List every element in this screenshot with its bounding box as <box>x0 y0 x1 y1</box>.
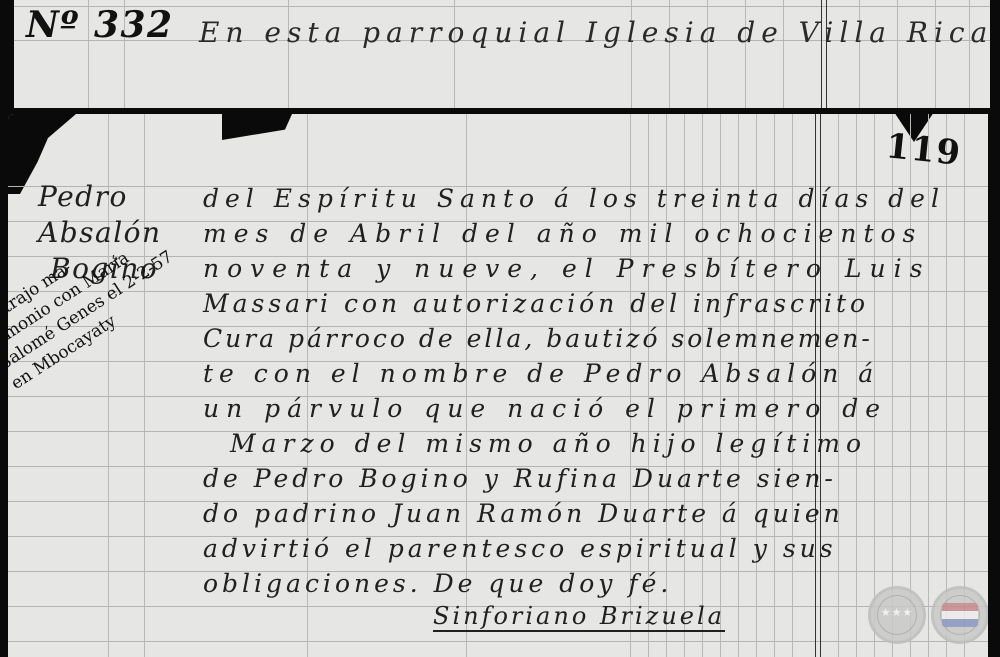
body-line: do padrino Juan Ramón Duarte á quien <box>203 499 844 528</box>
margin-line <box>144 114 145 657</box>
body-line: te con el nombre de Pedro Absalón á <box>203 359 879 388</box>
body-line: del Espíritu Santo á los treinta días de… <box>203 184 945 213</box>
top-page-fragment: Nº 332 En esta parroquial Iglesia de Vil… <box>14 0 990 108</box>
body-line: de Pedro Bogino y Rufina Duarte sien- <box>203 464 837 493</box>
body-line: Marzo del mismo año hijo legítimo <box>230 429 867 458</box>
torn-edge <box>222 114 292 140</box>
priest-signature: Sinforiano Brizuela <box>433 602 725 630</box>
paraguay-seal-stamp <box>931 586 988 644</box>
column-line <box>946 114 947 657</box>
register-page: 119 Pedro Absalón Bogino Contrajo ma- tr… <box>8 114 988 657</box>
body-line: un párvulo que nació el primero de <box>203 394 887 423</box>
body-line: mes de Abril del año mil ochocientos <box>203 219 922 248</box>
column-line <box>964 114 965 657</box>
opening-line: En esta parroquial Iglesia de Villa Rica <box>199 16 990 49</box>
ruled-line <box>8 641 988 642</box>
page-number: 119 <box>884 126 963 174</box>
entry-number: Nº 332 <box>26 4 174 46</box>
body-line: advirtió el parentesco espiritual y sus <box>203 534 837 563</box>
body-line: Massari con autorización del infrascrito <box>203 289 869 318</box>
archive-seal-stamp: ★★★ <box>868 586 926 644</box>
body-line: noventa y nueve, el Presbítero Luis <box>203 254 930 283</box>
flag-icon <box>942 603 978 627</box>
margin-name-line: Pedro <box>38 180 128 213</box>
body-line: obligaciones. De que doy fé. <box>203 569 672 598</box>
stars-icon: ★★★ <box>871 606 923 619</box>
body-line: Cura párroco de ella, bautizó solemnemen… <box>203 324 873 353</box>
